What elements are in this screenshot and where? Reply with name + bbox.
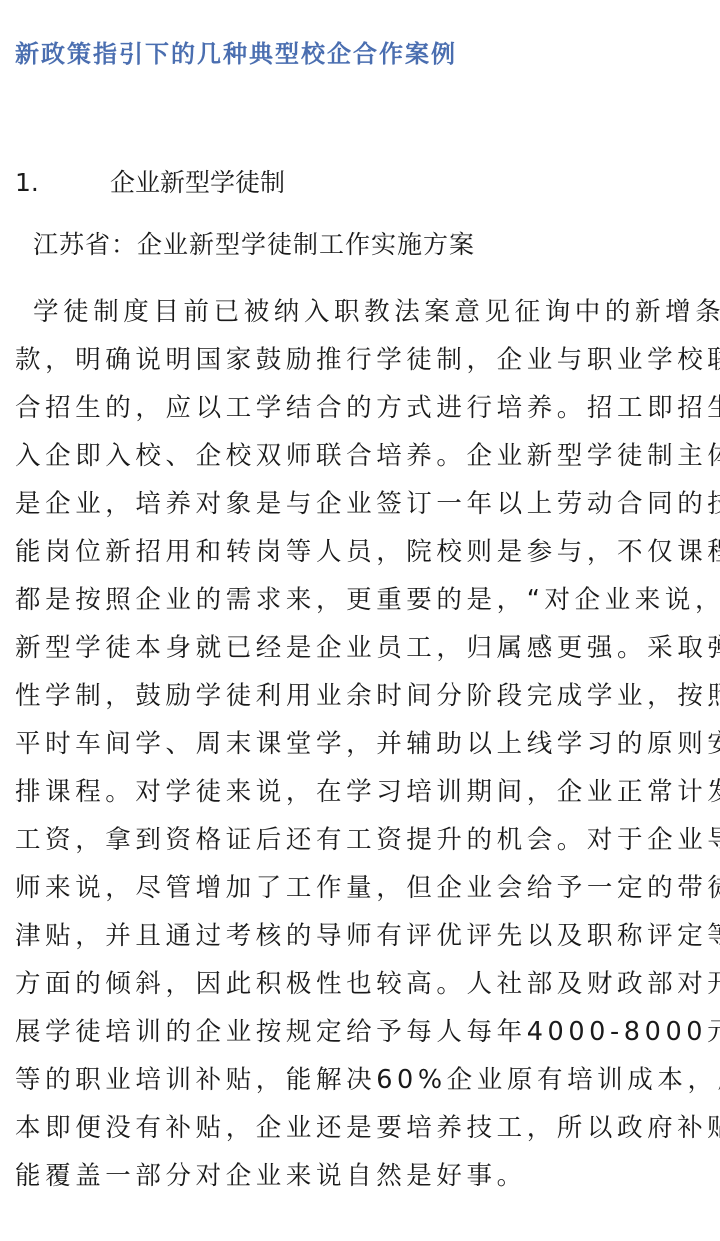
paragraph-line: 入企即入校、企校双师联合培养。企业新型学徒制主体 [15, 432, 715, 480]
paragraph-line: 本即便没有补贴，企业还是要培养技工，所以政府补贴 [15, 1104, 715, 1152]
paragraph-line: 学徒制度目前已被纳入职教法案意见征询中的新增条 [15, 288, 715, 336]
paragraph-line: 排课程。对学徒来说，在学习培训期间，企业正常计发 [15, 768, 715, 816]
paragraph-line: 款，明确说明国家鼓励推行学徒制，企业与职业学校联 [15, 336, 715, 384]
paragraph-line: 方面的倾斜，因此积极性也较高。人社部及财政部对开 [15, 960, 715, 1008]
paragraph-line: 工资，拿到资格证后还有工资提升的机会。对于企业导 [15, 816, 715, 864]
paragraph-line: 是企业，培养对象是与企业签订一年以上劳动合同的技 [15, 480, 715, 528]
paragraph-line: 展学徒培训的企业按规定给予每人每年4000-8000元不 [15, 1008, 715, 1056]
section-number: 1. [15, 164, 110, 202]
paragraph-line: 师来说，尽管增加了工作量，但企业会给予一定的带徒 [15, 864, 715, 912]
paragraph-line: 等的职业培训补贴，能解决60%企业原有培训成本，原 [15, 1056, 715, 1104]
article-title: 新政策指引下的几种典型校企合作案例 [15, 36, 457, 72]
section-heading: 1.企业新型学徒制 [15, 164, 285, 202]
section-subtitle: 江苏省：企业新型学徒制工作实施方案 [33, 226, 475, 264]
paragraph-line: 新型学徒本身就已经是企业员工，归属感更强。采取弹 [15, 624, 715, 672]
paragraph-line: 都是按照企业的需求来，更重要的是，“对企业来说， [15, 576, 715, 624]
paragraph-line: 能岗位新招用和转岗等人员，院校则是参与，不仅课程 [15, 528, 715, 576]
paragraph-line: 津贴，并且通过考核的导师有评优评先以及职称评定等 [15, 912, 715, 960]
section-paragraph: 学徒制度目前已被纳入职教法案意见征询中的新增条 款，明确说明国家鼓励推行学徒制，… [15, 288, 715, 1200]
paragraph-line: 能覆盖一部分对企业来说自然是好事。 [15, 1152, 715, 1200]
section-heading-text: 企业新型学徒制 [110, 168, 285, 197]
paragraph-line: 合招生的，应以工学结合的方式进行培养。招工即招生、 [15, 384, 715, 432]
paragraph-line: 平时车间学、周末课堂学，并辅助以上线学习的原则安 [15, 720, 715, 768]
paragraph-line: 性学制，鼓励学徒利用业余时间分阶段完成学业，按照 [15, 672, 715, 720]
